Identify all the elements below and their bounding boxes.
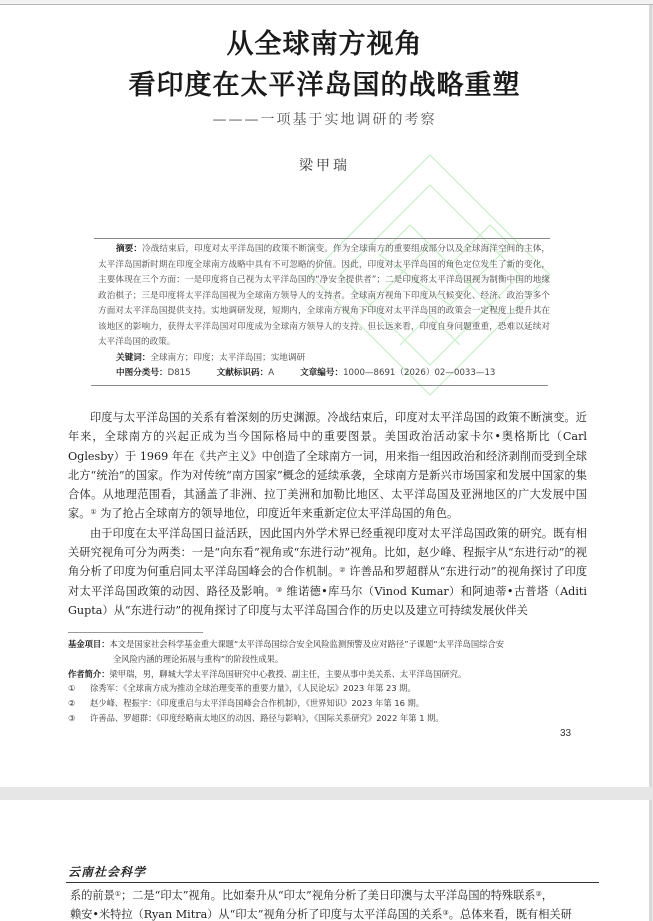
fund-text: 本文是国家社会科学基金重大课题“太平洋岛国综合安全风险监测预警及应对路径”子课题…: [110, 639, 505, 649]
body-paragraph-1: 印度与太平洋岛国的关系有着深刻的历史渊源。冷战结束后，印度对太平洋岛国的政策不断…: [68, 408, 587, 524]
abstract-label: 摘要：: [116, 244, 142, 254]
classification-line: 中图分类号：D815文献标识码：A文章编号：1000—8691（2026）02—…: [116, 366, 550, 382]
article-subtitle: ———一项基于实地调研的考察: [0, 109, 649, 129]
footnote-ref-1[interactable]: ①: [90, 508, 96, 516]
doc-code-value: A: [268, 368, 274, 378]
footnote-ref-1[interactable]: ①: [115, 890, 121, 898]
body-line-2: 赖安•米特拉（Ryan Mitra）从“印太”视角分析了印度与太平洋岛国的关系③…: [70, 905, 590, 921]
author-bio-label: 作者简介：: [68, 669, 110, 679]
footnote-ref-2[interactable]: ②: [339, 566, 345, 574]
fund-line-cont: 全风险内涵的理论拓展与重构”的阶段性成果。: [68, 652, 588, 667]
article-no-label: 文章编号：: [300, 368, 343, 378]
author-bio-line: 作者简介：梁甲瑞，男，聊城大学太平洋岛国研究中心教授、副主任，主要从事中美关系、…: [68, 667, 588, 682]
article-author: 梁甲瑞: [0, 155, 649, 175]
footnote-ref-2[interactable]: ②: [536, 890, 542, 898]
journal-name-logo: 云南社会科学: [68, 863, 146, 880]
page-number: 33: [560, 728, 571, 739]
abstract-text: 冷战结束后，印度对太平洋岛国的政策不断演变。作为全球南方的重要组成部分以及全球海…: [98, 244, 550, 347]
article-title-line1: 从全球南方视角: [0, 22, 649, 61]
footnote-ref-3[interactable]: ③: [442, 909, 448, 917]
abstract-top-divider: [94, 238, 550, 239]
abstract-block: 摘要：冷战结束后，印度对太平洋岛国的政策不断演变。作为全球南方的重要组成部分以及…: [98, 242, 550, 382]
keywords-line: 关键词：全球南方；印度；太平洋岛国；实地调研: [116, 351, 550, 367]
keywords-value: 全球南方；印度；太平洋岛国；实地调研: [150, 353, 305, 363]
footnote-ref-3[interactable]: ③: [276, 586, 283, 594]
fund-line: 基金项目：本文是国家社会科学基金重大课题“太平洋岛国综合安全风险监测预警及应对路…: [68, 637, 588, 652]
doc-code-label: 文献标识码：: [217, 368, 269, 378]
footnote-1: ①徐秀军：《全球南方成为推动全球治理变革的重要力量》，《人民论坛》2023 年第…: [68, 681, 588, 696]
clc-label: 中图分类号：: [116, 368, 168, 378]
article-title-line2: 看印度在太平洋岛国的战略重塑: [0, 63, 649, 102]
article-no-value: 1000—8691（2026）02—0033—13: [343, 368, 495, 378]
author-bio-text: 梁甲瑞，男，聊城大学太平洋岛国研究中心教授、副主任，主要从事中美关系、太平洋岛国…: [110, 669, 467, 679]
abstract-bottom-divider: [91, 385, 548, 386]
document-page-33: 从全球南方视角 看印度在太平洋岛国的战略重塑 ———一项基于实地调研的考察 梁甲…: [0, 5, 652, 787]
footnote-2: ②赵少峰、程振宇：《印度重启与太平洋岛国峰会合作机制》，《世界知识》2023 年…: [68, 696, 588, 711]
body-text-page1: 印度与太平洋岛国的关系有着深刻的历史渊源。冷战结束后，印度对太平洋岛国的政策不断…: [68, 408, 587, 620]
fund-label: 基金项目：: [68, 639, 110, 649]
header-divider: [66, 882, 599, 883]
body-line-1: 系的前景①；二是“印太”视角。比如秦升从“印太”视角分析了美日印澳与太平洋岛国的…: [70, 886, 590, 905]
footnote-divider: [68, 632, 203, 633]
keywords-label: 关键词：: [116, 353, 150, 363]
document-page-34: 云南社会科学 系的前景①；二是“印太”视角。比如秦升从“印太”视角分析了美日印澳…: [0, 800, 652, 921]
footnotes-block: 基金项目：本文是国家社会科学基金重大课题“太平洋岛国综合安全风险监测预警及应对路…: [68, 637, 588, 726]
clc-value: D815: [168, 368, 191, 378]
body-paragraph-2: 由于印度在太平洋岛国日益活跃，因此国内外学术界已经重视印度对太平洋岛国政策的研究…: [68, 524, 587, 620]
abstract-paragraph: 摘要：冷战结束后，印度对太平洋岛国的政策不断演变。作为全球南方的重要组成部分以及…: [98, 242, 550, 351]
footnote-3: ③许善品、罗超群：《印度经略南太地区的动因、路径与影响》，《国际关系研究》202…: [68, 711, 588, 726]
body-text-page2: 系的前景①；二是“印太”视角。比如秦升从“印太”视角分析了美日印澳与太平洋岛国的…: [70, 886, 590, 921]
